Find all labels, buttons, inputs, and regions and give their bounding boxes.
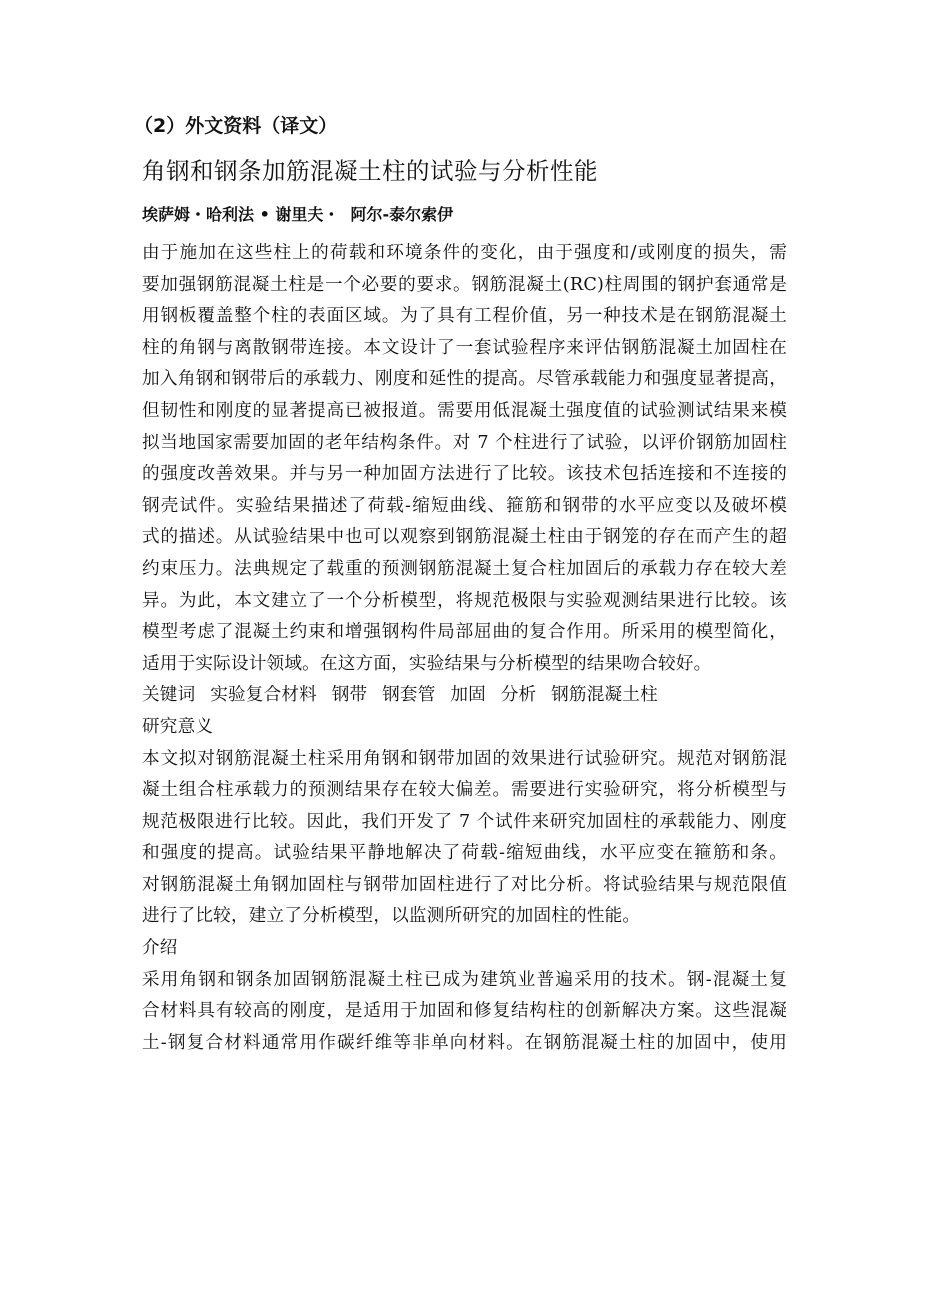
authors: 埃萨姆・哈利法 • 谢里夫・ 阿尔-泰尔索伊 — [142, 203, 787, 227]
keywords: 关键词 实验复合材料 钢带 钢套管 加固 分析 钢筋混凝土柱 — [142, 680, 787, 712]
section-heading: （2）外文资料（译文） — [134, 112, 787, 142]
abstract-line: 模型考虑了混凝土约束和增强钢构件局部屈曲的复合作用。所采用的模型简化， — [142, 617, 787, 649]
abstract-line: 但韧性和刚度的显著提高已被报道。需要用低混凝土强度值的试验测试结果来模 — [142, 396, 787, 428]
keyword: 钢套管 — [382, 685, 435, 705]
abstract-line: 要加强钢筋混凝土柱是一个必要的要求。钢筋混凝土(RC)柱周围的钢护套通常是 — [142, 270, 787, 302]
abstract-line: 用钢板覆盖整个柱的表面区域。为了具有工程价值，另一种技术是在钢筋混凝土 — [142, 301, 787, 333]
significance-line: 规范极限进行比较。因此，我们开发了 7 个试件来研究加固柱的承载能力、刚度 — [142, 807, 787, 839]
introduction-line: 采用角钢和钢条加固钢筋混凝土柱已成为建筑业普遍采用的技术。钢-混凝土复 — [142, 965, 787, 997]
keyword: 钢筋混凝土柱 — [551, 685, 658, 705]
significance-line: 本文拟对钢筋混凝土柱采用角钢和钢带加固的效果进行试验研究。规范对钢筋混 — [142, 744, 787, 776]
significance-line: 进行了比较，建立了分析模型，以监测所研究的加固柱的性能。 — [142, 901, 787, 933]
keyword: 加固 — [450, 685, 486, 705]
introduction-heading: 介绍 — [142, 933, 787, 965]
keywords-label: 关键词 — [142, 685, 195, 705]
significance-line: 凝土组合柱承载力的预测结果存在较大偏差。需要进行实验研究，将分析模型与 — [142, 775, 787, 807]
abstract-line: 的强度改善效果。并与另一种加固方法进行了比较。该技术包括连接和不连接的 — [142, 459, 787, 491]
introduction-line: 土-钢复合材料通常用作碳纤维等非单向材料。在钢筋混凝土柱的加固中，使用 — [142, 1028, 787, 1060]
abstract-line: 柱的角钢与离散钢带连接。本文设计了一套试验程序来评估钢筋混凝土加固柱在 — [142, 333, 787, 365]
paper-title: 角钢和钢条加筋混凝土柱的试验与分析性能 — [142, 154, 787, 188]
body-text: 由于施加在这些柱上的荷载和环境条件的变化，由于强度和/或刚度的损失，需 要加强钢… — [142, 238, 787, 1059]
abstract-line: 由于施加在这些柱上的荷载和环境条件的变化，由于强度和/或刚度的损失，需 — [142, 238, 787, 270]
keyword: 实验复合材料 — [210, 685, 317, 705]
abstract-line: 适用于实际设计领域。在这方面，实验结果与分析模型的结果吻合较好。 — [142, 649, 787, 681]
significance-heading: 研究意义 — [142, 712, 787, 744]
document-page: （2）外文资料（译文） 角钢和钢条加筋混凝土柱的试验与分析性能 埃萨姆・哈利法 … — [142, 112, 787, 1059]
abstract-line: 约束压力。法典规定了载重的预测钢筋混凝土复合柱加固后的承载力存在较大差 — [142, 554, 787, 586]
abstract-line: 钢壳试件。实验结果描述了荷载-缩短曲线、箍筋和钢带的水平应变以及破坏模 — [142, 491, 787, 523]
significance-line: 和强度的提高。试验结果平静地解决了荷载-缩短曲线，水平应变在箍筋和条。 — [142, 838, 787, 870]
significance-line: 对钢筋混凝土角钢加固柱与钢带加固柱进行了对比分析。将试验结果与规范限值 — [142, 870, 787, 902]
introduction-line: 合材料具有较高的刚度，是适用于加固和修复结构柱的创新解决方案。这些混凝 — [142, 996, 787, 1028]
abstract-line: 式的描述。从试验结果中也可以观察到钢筋混凝土柱由于钢笼的存在而产生的超 — [142, 522, 787, 554]
introduction-paragraph: 采用角钢和钢条加固钢筋混凝土柱已成为建筑业普遍采用的技术。钢-混凝土复 合材料具… — [142, 965, 787, 1060]
author-list: 埃萨姆・哈利法 • 谢里夫・ 阿尔-泰尔索伊 — [142, 205, 453, 224]
abstract: 由于施加在这些柱上的荷载和环境条件的变化，由于强度和/或刚度的损失，需 要加强钢… — [142, 238, 787, 680]
significance-paragraph: 本文拟对钢筋混凝土柱采用角钢和钢带加固的效果进行试验研究。规范对钢筋混 凝土组合… — [142, 744, 787, 934]
abstract-line: 异。为此，本文建立了一个分析模型，将规范极限与实验观测结果进行比较。该 — [142, 586, 787, 618]
abstract-line: 拟当地国家需要加固的老年结构条件。对 7 个柱进行了试验，以评价钢筋加固柱 — [142, 428, 787, 460]
keyword: 钢带 — [332, 685, 368, 705]
abstract-line: 加入角钢和钢带后的承载力、刚度和延性的提高。尽管承载能力和强度显著提高， — [142, 364, 787, 396]
keyword: 分析 — [501, 685, 537, 705]
